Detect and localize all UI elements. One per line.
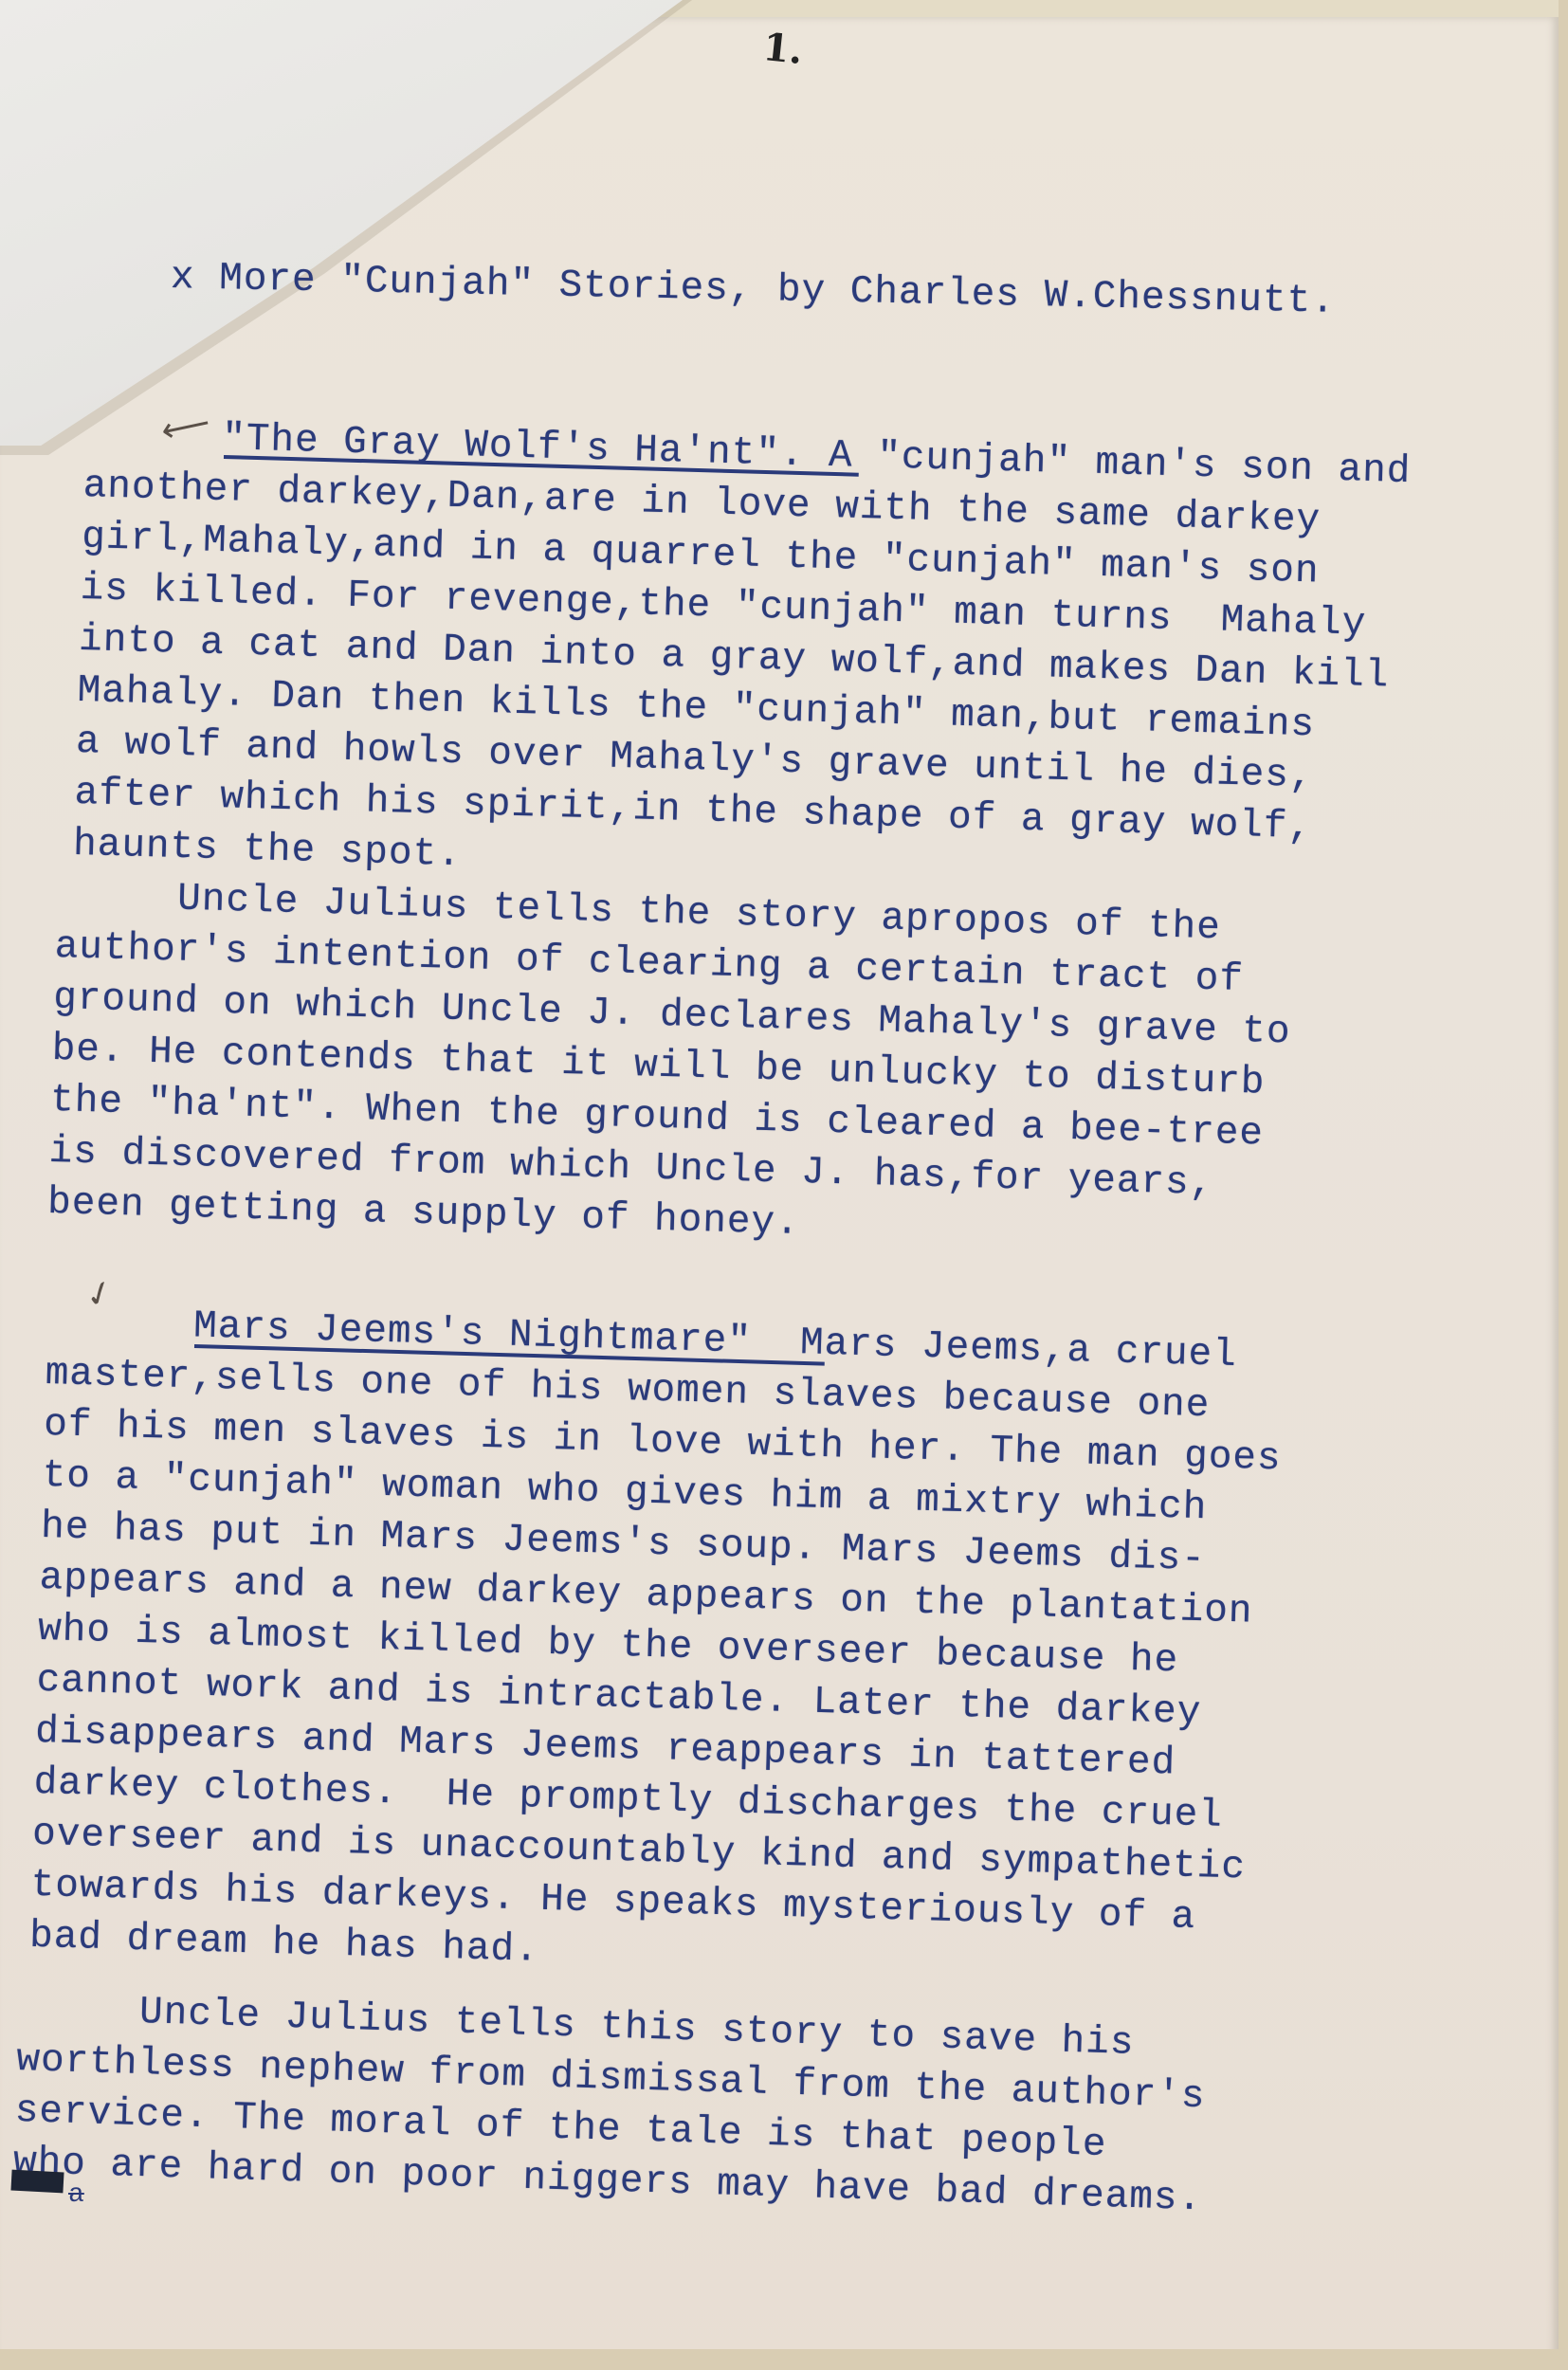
story-2-commentary: Uncle Julius tells this story to save hi… [12, 1983, 1208, 2225]
page-number: 1. [761, 25, 805, 73]
page-edge [1559, 0, 1568, 2370]
story-1-commentary: Uncle Julius tells the story apropos of … [46, 870, 1294, 1263]
story-1-synopsis: "The Gray Wolf's Ha'nt". A "cunjah" man'… [72, 410, 1412, 907]
struck-fragment: a [68, 2180, 84, 2210]
page-edge-bottom [0, 2349, 1568, 2370]
story-2-synopsis: Mars Jeems's Nightmare" Mars Jeems,a cru… [28, 1297, 1285, 1996]
ink-strikeout [10, 2170, 64, 2194]
